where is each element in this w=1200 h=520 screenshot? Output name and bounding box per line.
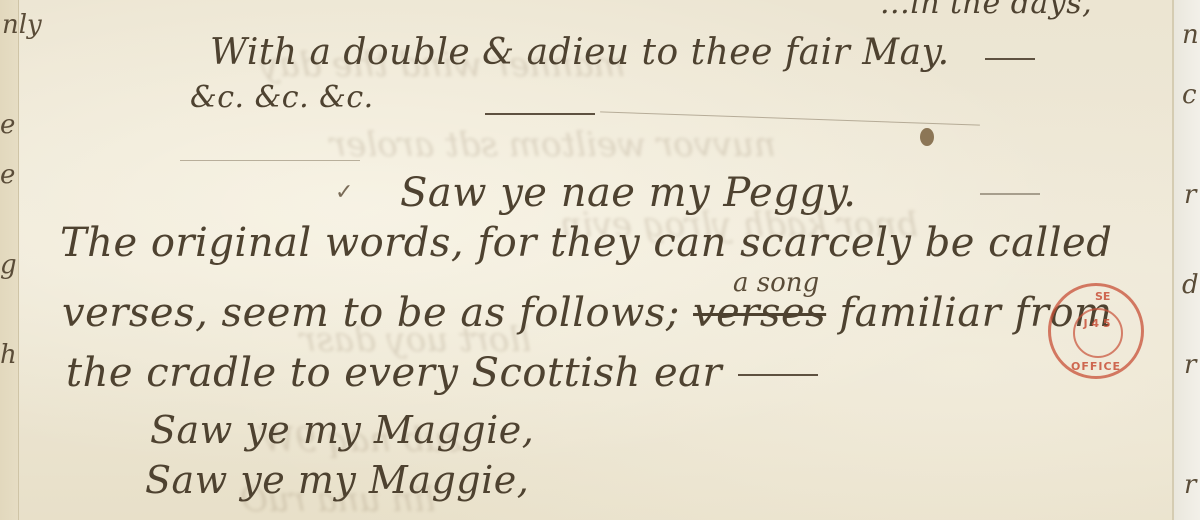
verse-line-2: Saw ye my Maggie, xyxy=(145,458,529,502)
song-title-line: Saw ye nae my Peggy. xyxy=(400,170,856,216)
manuscript-page: manner wind the day nuvvor weiltom sdt a… xyxy=(0,0,1200,520)
margin-fragment: r xyxy=(1184,470,1196,500)
red-postmark-stamp-icon: SE OFFICE J 4 5 xyxy=(1048,283,1144,379)
flourish-dash xyxy=(985,58,1035,60)
stamp-center-text: J 4 5 xyxy=(1077,318,1117,330)
flourish-dash xyxy=(485,113,595,115)
stamp-inner-ring xyxy=(1073,308,1123,358)
margin-fragment: nly xyxy=(2,10,42,40)
verse-line-1: Saw ye my Maggie, xyxy=(150,408,534,452)
margin-fragment: r xyxy=(1184,350,1196,380)
bleed-through-text: nuvvor weiltom sdt aroler xyxy=(330,125,776,165)
flourish-dash xyxy=(738,374,818,376)
margin-fragment: h xyxy=(0,340,17,370)
manuscript-line-1: With a double & adieu to thee fair May. xyxy=(210,32,950,73)
rule-line xyxy=(600,111,980,125)
flourish-dash xyxy=(980,193,1040,195)
stamp-ring-bottom-text: OFFICE xyxy=(1071,360,1121,373)
rule-line xyxy=(180,160,360,161)
manuscript-line-2: &c. &c. &c. xyxy=(190,80,374,115)
margin-fragment: c xyxy=(1182,80,1197,110)
margin-fragment: g xyxy=(0,250,17,280)
manuscript-line-top-partial: ...in the days, xyxy=(880,0,1092,21)
manuscript-line-6: the cradle to every Scottish ear xyxy=(66,350,722,396)
interlinear-insertion: a song xyxy=(733,268,819,298)
margin-fragment: e xyxy=(0,160,15,190)
check-mark-icon: ✓ xyxy=(335,180,353,205)
manuscript-line-4: The original words, for they can scarcel… xyxy=(60,220,1112,266)
margin-fragment: r xyxy=(1184,180,1196,210)
stamp-ring-top-text: SE xyxy=(1095,290,1110,303)
right-page-edge xyxy=(1172,0,1200,520)
margin-fragment: e xyxy=(0,110,15,140)
margin-fragment: d xyxy=(1182,270,1199,300)
margin-fragment: n xyxy=(1182,20,1199,50)
manuscript-line-5: verses, seem to be as follows; verses fa… xyxy=(62,290,1112,336)
ink-blot xyxy=(920,128,934,146)
line-5-text: verses, seem to be as follows; xyxy=(62,290,680,336)
